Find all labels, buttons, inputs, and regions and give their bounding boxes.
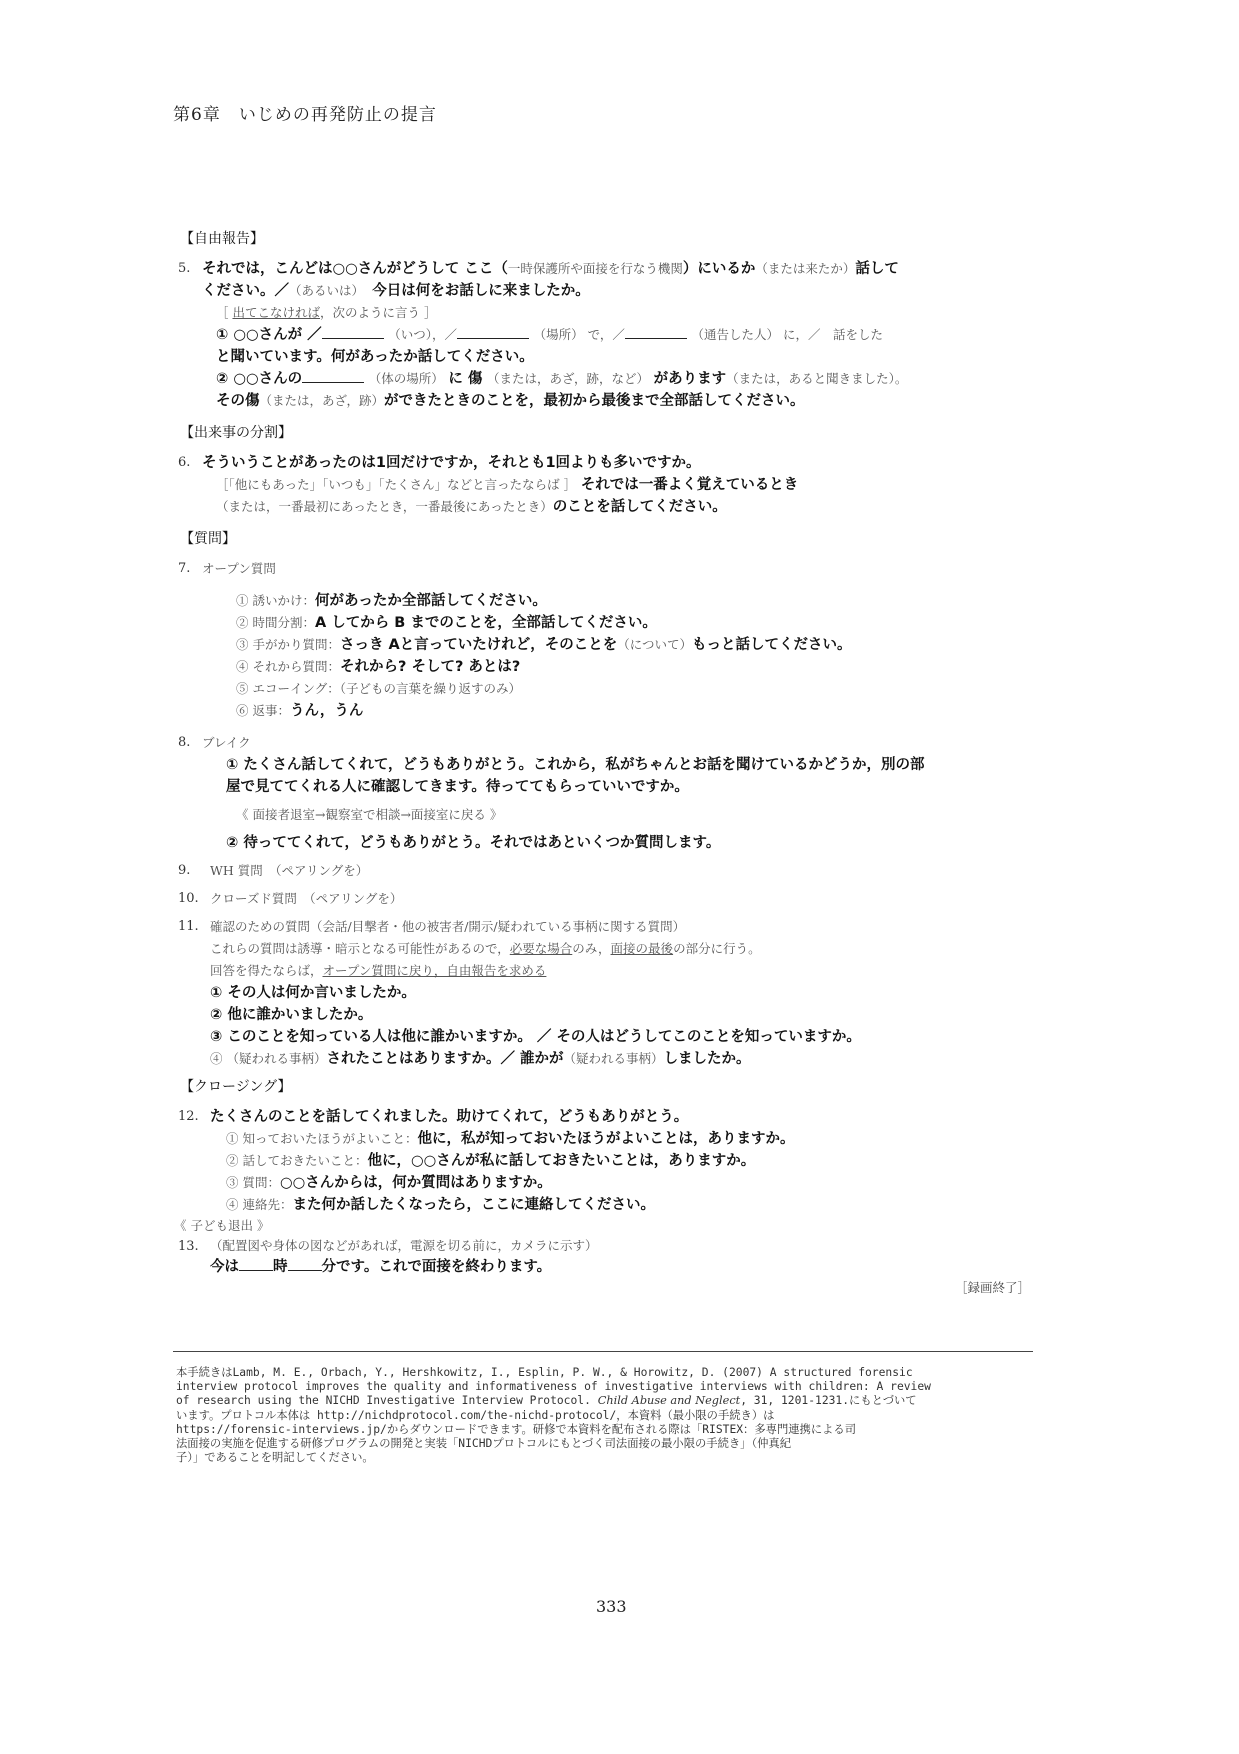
item-8: 8. ブレイク ① たくさん話してくれて，どうもありがとう。これから，私がちゃん… bbox=[180, 732, 1030, 854]
item-number: 7. bbox=[178, 558, 190, 580]
item-6-line-1: そういうことがあったのは1回だけですか，それとも1回よりも多いですか。 bbox=[202, 452, 1030, 474]
item-7-title: オープン質問 bbox=[202, 558, 1030, 580]
item-number: 10. bbox=[178, 888, 199, 910]
sub-item-8-1-line-2: 屋で見ててくれる人に確認してきます。待っててもらっていいですか。 bbox=[202, 776, 1030, 798]
item-number: 8. bbox=[178, 732, 190, 754]
chapter-header: 第6章 いじめの再発防止の提言 bbox=[173, 100, 437, 125]
stage-direction-child-exit: 《 子ども退出 》 bbox=[174, 1216, 1030, 1236]
blank-minute bbox=[288, 1256, 322, 1271]
sub-item-7-3: ③ 手がかり質問：さっき Aと言っていたけれど，そのことを（について）もっと話し… bbox=[202, 634, 1030, 656]
blank-where bbox=[457, 324, 529, 339]
sub-item-11-4: ④ （疑われる事柄）されたことはありますか。／ 誰かが（疑われる事柄）しましたか… bbox=[202, 1048, 1030, 1070]
item-5-line-1: それでは，こんどは○○さんがどうして ここ（一時保護所や面接を行なう機関）にいる… bbox=[202, 258, 1030, 280]
footnote-divider bbox=[173, 1351, 1033, 1352]
item-number: 6. bbox=[178, 452, 190, 474]
item-5: 5. それでは，こんどは○○さんがどうして ここ（一時保護所や面接を行なう機関）… bbox=[180, 258, 1030, 412]
item-7: 7. オープン質問 ① 誘いかけ：何があったか全部話してください。 ② 時間分割… bbox=[180, 558, 1030, 722]
recording-end-mark: ［録画終了］ bbox=[180, 1278, 1030, 1296]
sub-item-12-2: ② 話しておきたいこと：他に，○○さんが私に話しておきたいことは，ありますか。 bbox=[202, 1150, 1030, 1172]
sub-item-12-1: ① 知っておいたほうがよいこと：他に，私が知っておいたほうがよいことは，あります… bbox=[202, 1128, 1030, 1150]
blank-hour bbox=[239, 1256, 273, 1271]
item-6-line-3: （または，一番最初にあったとき，一番最後にあったとき）のことを話してください。 bbox=[202, 496, 1030, 518]
sub-item-12-3: ③ 質問：○○さんからは，何か質問はありますか。 bbox=[202, 1172, 1030, 1194]
item-9: 9. WH 質問 （ペアリングを） bbox=[180, 860, 1030, 882]
blank-body-location bbox=[302, 368, 364, 383]
item-12: 12. たくさんのことを話してくれました。助けてくれて，どうもありがとう。 ① … bbox=[180, 1106, 1030, 1216]
item-6-line-2: ［「他にもあった」「いつも」「たくさん」などと言ったならば ］ それでは一番よく… bbox=[202, 474, 1030, 496]
sub-item-8-1: ① たくさん話してくれて，どうもありがとう。これから，私がちゃんとお話を聞けてい… bbox=[202, 754, 1030, 776]
sub-item-7-2: ② 時間分割：A してから B までのことを，全部話してください。 bbox=[202, 612, 1030, 634]
blank-when bbox=[322, 324, 384, 339]
item-12-title: たくさんのことを話してくれました。助けてくれて，どうもありがとう。 bbox=[202, 1106, 1030, 1128]
sub-item-5-2-line-2: その傷（または，あざ，跡）ができたときのことを，最初から最後まで全部話してくださ… bbox=[202, 390, 1030, 412]
sub-item-7-5: ⑤ エコーイング：（子どもの言葉を繰り返すのみ） bbox=[202, 678, 1030, 700]
sub-item-5-2: ② ○○さんの （体の場所） に 傷 （または，あざ，跡，など） があります（ま… bbox=[202, 368, 1030, 390]
document-page: 第6章 いじめの再発防止の提言 【自由報告】 5. それでは，こんどは○○さんが… bbox=[0, 0, 1239, 1754]
sub-item-11-1: ① その人は何か言いましたか。 bbox=[202, 982, 1030, 1004]
item-number: 9. bbox=[178, 860, 190, 882]
instruction-note: ［ 出てこなければ，次のように言う ］ bbox=[202, 302, 1030, 324]
section-heading-free-report: 【自由報告】 bbox=[180, 228, 1030, 248]
sub-item-12-4: ④ 連絡先：また何か話したくなったら，ここに連絡してください。 bbox=[202, 1194, 1030, 1216]
item-5-line-2: ください。／（あるいは） 今日は何をお話しに来ましたか。 bbox=[202, 280, 1030, 302]
sub-item-8-2: ② 待っててくれて，どうもありがとう。それではあといくつか質問します。 bbox=[202, 832, 1030, 854]
item-number: 12. bbox=[178, 1106, 199, 1128]
sub-item-11-2: ② 他に誰かいましたか。 bbox=[202, 1004, 1030, 1026]
item-number: 13. bbox=[178, 1236, 199, 1258]
protocol-body: 【自由報告】 5. それでは，こんどは○○さんがどうして ここ（一時保護所や面接… bbox=[180, 228, 1030, 1296]
item-13: 13. （配置図や身体の図などがあれば，電源を切る前に，カメラに示す） 今は時分… bbox=[180, 1236, 1030, 1278]
item-11: 11. 確認のための質問（会話/目撃者・他の被害者/開示/疑われている事柄に関す… bbox=[180, 916, 1030, 1070]
item-11-note-1: これらの質問は誘導・暗示となる可能性があるので，必要な場合のみ，面接の最後の部分… bbox=[202, 938, 1030, 960]
sub-item-5-1-line-2: と聞いています。何があったか話してください。 bbox=[202, 346, 1030, 368]
blank-who bbox=[625, 324, 687, 339]
sub-item-11-3: ③ このことを知っている人は他に誰かいますか。 ／ その人はどうしてこのことを知… bbox=[202, 1026, 1030, 1048]
page-number: 333 bbox=[596, 1597, 627, 1616]
journal-title: Child Abuse and Neglect bbox=[598, 1394, 741, 1407]
item-13-closing-line: 今は時分です。これで面接を終わります。 bbox=[202, 1256, 1030, 1278]
item-6: 6. そういうことがあったのは1回だけですか，それとも1回よりも多いですか。 ［… bbox=[180, 452, 1030, 518]
item-11-note-2: 回答を得たならば，オープン質問に戻り，自由報告を求める bbox=[202, 960, 1030, 982]
item-8-title: ブレイク bbox=[202, 732, 1030, 754]
stage-direction: 《 面接者退室→観察室で相談→面接室に戻る 》 bbox=[202, 804, 1030, 826]
section-heading-closing: 【クロージング】 bbox=[180, 1076, 1030, 1096]
sub-item-5-1: ① ○○さんが ／ （いつ），／ （場所） で，／ （通告した人） に，／ 話を… bbox=[202, 324, 1030, 346]
item-number: 11. bbox=[178, 916, 199, 938]
footnote: 本手続きはLamb, M. E., Orbach, Y., Hershkowit… bbox=[176, 1366, 1036, 1465]
sub-item-7-6: ⑥ 返事：うん，うん bbox=[202, 700, 1030, 722]
sub-item-7-1: ① 誘いかけ：何があったか全部話してください。 bbox=[202, 590, 1030, 612]
item-number: 5. bbox=[178, 258, 190, 280]
item-10: 10. クローズド質問 （ペアリングを） bbox=[180, 888, 1030, 910]
section-heading-event-split: 【出来事の分割】 bbox=[180, 422, 1030, 442]
item-13-note: （配置図や身体の図などがあれば，電源を切る前に，カメラに示す） bbox=[202, 1236, 1030, 1256]
sub-item-7-4: ④ それから質問：それから? そして? あとは? bbox=[202, 656, 1030, 678]
section-heading-questions: 【質問】 bbox=[180, 528, 1030, 548]
